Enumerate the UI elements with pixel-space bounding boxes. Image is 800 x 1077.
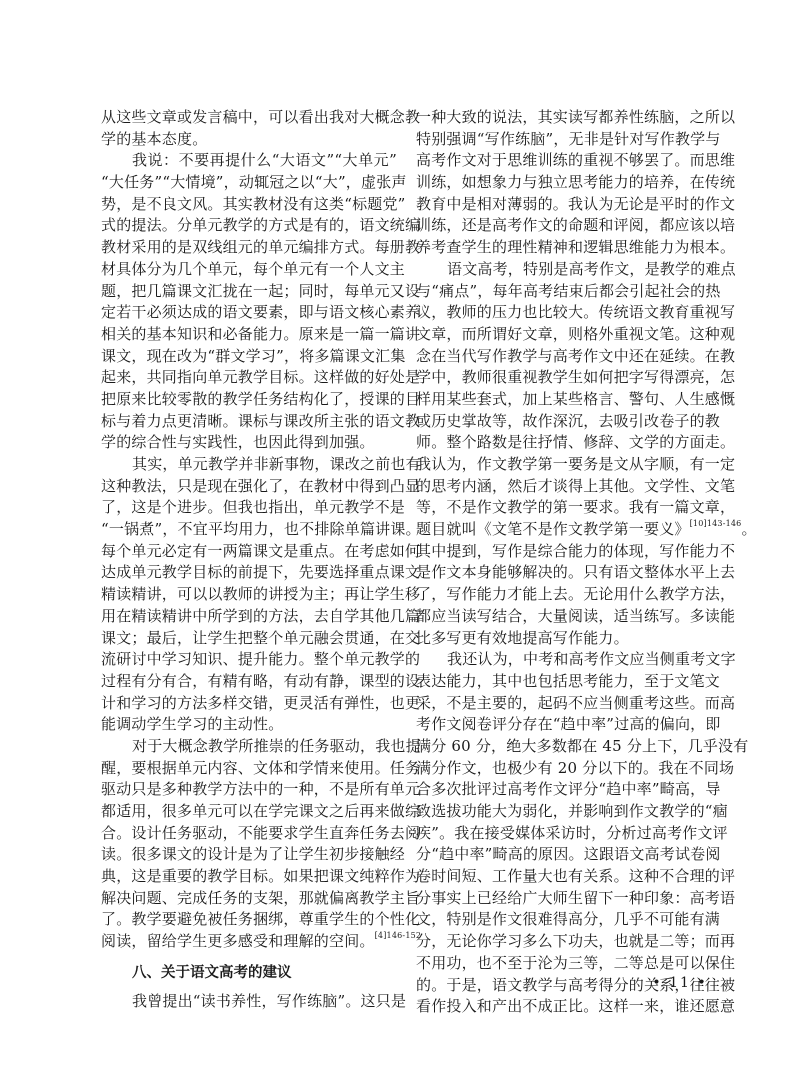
text-line: 用在精读精讲中所学到的方法，去自学其他几篇 (101, 606, 397, 628)
text-line: 议，教师的压力也比较大。传统语文教育重视写 (416, 302, 704, 324)
text-line: 卷时间短、工作量大也有关系。这种不合理的评 (416, 866, 704, 888)
text-line: 致选拔功能大为弱化，并影响到作文教学的“痼 (416, 801, 704, 823)
text-line: 驱动只是多种教学方法中的一种，不是所有单元 (101, 779, 397, 801)
text-line: 每个单元必定有一两篇课文是重点。在考虑如何 (101, 541, 397, 563)
text-line: 典，这是重要的教学目标。如果把课文纯粹作为 (101, 866, 397, 888)
section-heading: 八、关于语文高考的建议 (101, 963, 397, 985)
text-line: 达成单元教学目标的前提下，先要选择重点课文 (101, 562, 397, 584)
text-line: 起来，共同指向单元教学目标。这样做的好处是 (101, 367, 397, 389)
text-line: 满分作文，也极少有 20 分以下的。我在不同场 (416, 758, 704, 780)
text-line: 表达能力，其中也包括思考能力，至于文笔文 (416, 671, 704, 693)
text-line: 了，这是个进步。但我也指出，单元教学不是 (101, 497, 397, 519)
paragraph: 我说：不要再提什么“大语文”“大单元” “大任务”“大情境”，动辄冠之以“大”，… (101, 150, 397, 454)
text-line: 样用某些套式，加上某些格言、警句、人生感慨 (416, 389, 704, 411)
text-line: 文，特别是作文很难得高分，几乎不可能有满 (416, 909, 704, 931)
text-line: 语文高考，特别是高考作文，是教学的难点 (416, 259, 704, 281)
text-line: 题目就叫《文笔不是作文教学第一要义》[10]143-146。 (416, 519, 704, 541)
text-line: 醒，要根据单元内容、文体和学情来使用。任务 (101, 758, 397, 780)
text-line: 题，把几篇课文汇拢在一起；同时，每单元又设 (101, 281, 397, 303)
text-line: 不用功，也不至于沦为三等，二等总是可以保住 (416, 953, 704, 975)
text-line: 分事实上已经给广大师生留下一种印象：高考语 (416, 888, 704, 910)
text-line: 看作投入和产出不成正比。这样一来，谁还愿意 (416, 996, 704, 1018)
text-line: 一种大致的说法，其实读写都养性练脑，之所以 (416, 107, 704, 129)
citation-superscript: [4]146-152 (375, 931, 422, 940)
text-line: 采，不是主要的，起码不应当侧重考这些。而高 (416, 693, 704, 715)
text-line: 我曾提出“读书养性，写作练脑”。这只是 (101, 991, 397, 1013)
paragraph: 我曾提出“读书养性，写作练脑”。这只是 (101, 991, 397, 1013)
text-line: 其中提到，写作是综合能力的体现，写作能力不 (416, 541, 704, 563)
text-line: 我认为，作文教学第一要务是文从字顺，有一定 (416, 454, 704, 476)
citation-superscript: [10]143-146 (690, 519, 742, 528)
text-line: 满分 60 分，绝大多数都在 45 分上下，几乎没有 (416, 736, 704, 758)
text-line: 学的综合性与实践性，也因此得到加强。 (101, 432, 397, 454)
text-line: 与“痛点”，每年高考结束后都会引起社会的热 (416, 281, 704, 303)
text-line: 读。很多课文的设计是为了让学生初步接触经 (101, 844, 397, 866)
text-line: 材具体分为几个单元，每个单元有一个人文主 (101, 259, 397, 281)
text-line: 了，写作能力才能上去。无论用什么教学方法， (416, 584, 704, 606)
text-line: 或历史掌故等，故作深沉，去吸引改卷子的教 (416, 411, 704, 433)
text-line: 阅读，留给学生更多感受和理解的空间。[4]146-152 (101, 931, 397, 953)
paragraph: 从这些文章或发言稿中，可以看出我对大概念教 学的基本态度。 (101, 107, 397, 150)
text-line: 势，是不良文风。其实教材没有这类“标题党” (101, 194, 397, 216)
text-line: 从这些文章或发言稿中，可以看出我对大概念教 (101, 107, 397, 129)
text-line: 等，不是作文教学的第一要求。我有一篇文章， (416, 497, 704, 519)
page-number: • 11 • (650, 975, 710, 991)
text-line: 学的基本态度。 (101, 129, 397, 151)
text-line: 精读精讲，可以以教师的讲授为主；再让学生移 (101, 584, 397, 606)
text-line: 对于大概念教学所推崇的任务驱动，我也提 (101, 736, 397, 758)
paragraph: 一种大致的说法，其实读写都养性练脑，之所以 特别强调“写作练脑”，无非是针对写作… (416, 107, 704, 259)
text-line: 我还认为，中考和高考作文应当侧重考文字 (416, 649, 704, 671)
text-span: 题目就叫《文笔不是作文教学第一要义》 (416, 520, 690, 538)
text-line: 课文；最后，让学生把整个单元融会贯通，在交 (101, 628, 397, 650)
text-line: 计和学习的方法多样交错，更灵活有弹性，也更 (101, 693, 397, 715)
text-line: 比多写更有效地提高写作能力。 (416, 628, 704, 650)
text-line: 都应当读写结合，大量阅读，适当练写。多读能 (416, 606, 704, 628)
text-line: 念在当代写作教学与高考作文中还在延续。在教 (416, 346, 704, 368)
text-span: 。 (741, 520, 756, 538)
left-column: 从这些文章或发言稿中，可以看出我对大概念教 学的基本态度。 我说：不要再提什么“… (101, 107, 397, 1012)
right-column: 一种大致的说法，其实读写都养性练脑，之所以 特别强调“写作练脑”，无非是针对写作… (416, 107, 704, 1018)
text-line: 这种教法，只是现在强化了，在教材中得到凸显 (101, 476, 397, 498)
text-line: 训练，如想象力与独立思考能力的培养，在传统 (416, 172, 704, 194)
paragraph: 我还认为，中考和高考作文应当侧重考文字 表达能力，其中也包括思考能力，至于文笔文… (416, 649, 704, 1018)
text-line: 了。教学要避免被任务捆绑，尊重学生的个性化 (101, 909, 397, 931)
text-line: 课文，现在改为“群文学习”，将多篇课文汇集 (101, 346, 397, 368)
text-line: 文章，而所谓好文章，则格外重视文笔。这种观 (416, 324, 704, 346)
text-line: 教材采用的是双线组元的单元编排方式。每册教 (101, 237, 397, 259)
text-line: 都适用，很多单元可以在学完课文之后再来做综 (101, 801, 397, 823)
text-line: 能调动学生学习的主动性。 (101, 714, 397, 736)
text-line: 定若干必须达成的语文要素，即与语文核心素养 (101, 302, 397, 324)
text-line: 过程有分有合，有精有略，有动有静，课型的设 (101, 671, 397, 693)
text-line: 特别强调“写作练脑”，无非是针对写作教学与 (416, 129, 704, 151)
paragraph: 语文高考，特别是高考作文，是教学的难点 与“痛点”，每年高考结束后都会引起社会的… (416, 259, 704, 649)
paragraph: 对于大概念教学所推崇的任务驱动，我也提 醒，要根据单元内容、文体和学情来使用。任… (101, 736, 397, 953)
text-line: 我说：不要再提什么“大语文”“大单元” (101, 150, 397, 172)
text-line: 的思考内涵，然后才谈得上其他。文学性、文笔 (416, 476, 704, 498)
text-line: 分，无论你学习多么下功夫，也就是二等；而再 (416, 931, 704, 953)
text-line: “大任务”“大情境”，动辄冠之以“大”，虚张声 (101, 172, 397, 194)
text-line: 分“趋中率”畸高的原因。这跟语文高考试卷阅 (416, 844, 704, 866)
text-line: 师。整个路数是往抒情、修辞、文学的方面走。 (416, 432, 704, 454)
text-line: 标与着力点更清晰。课标与课改所主张的语文教 (101, 411, 397, 433)
text-line: 相关的基本知识和必备能力。原来是一篇一篇讲 (101, 324, 397, 346)
text-line: 教育中是相对薄弱的。我认为无论是平时的作文 (416, 194, 704, 216)
text-line: 其实，单元教学并非新事物，课改之前也有 (101, 454, 397, 476)
text-line: 把原来比较零散的教学任务结构化了，授课的目 (101, 389, 397, 411)
text-line: “一锅煮”，不宜平均用力，也不排除单篇讲课。 (101, 519, 397, 541)
text-line: 合。设计任务驱动，不能要求学生直奔任务去阅 (101, 823, 397, 845)
text-line: 疾”。我在接受媒体采访时，分析过高考作文评 (416, 823, 704, 845)
text-line: 高考作文对于思维训练的重视不够罢了。而思维 (416, 150, 704, 172)
text-line: 养考查学生的理性精神和逻辑思维能力为根本。 (416, 237, 704, 259)
text-line: 学中，教师很重视教学生如何把字写得漂亮，怎 (416, 367, 704, 389)
text-line: 是作文本身能够解决的。只有语文整体水平上去 (416, 562, 704, 584)
text-line: 流研讨中学习知识、提升能力。整个单元教学的 (101, 649, 397, 671)
text-line: 考作文阅卷评分存在“趋中率”过高的偏向，即 (416, 714, 704, 736)
paragraph: 其实，单元教学并非新事物，课改之前也有 这种教法，只是现在强化了，在教材中得到凸… (101, 454, 397, 736)
text-span: 阅读，留给学生更多感受和理解的空间。 (101, 932, 375, 950)
text-line: 解决问题、完成任务的支架，那就偏离教学主旨 (101, 888, 397, 910)
text-line: 训练，还是高考作文的命题和评阅，都应该以培 (416, 215, 704, 237)
text-line: 合多次批评过高考作文评分“趋中率”畸高，导 (416, 779, 704, 801)
text-line: 式的提法。分单元教学的方式是有的，语文统编 (101, 215, 397, 237)
